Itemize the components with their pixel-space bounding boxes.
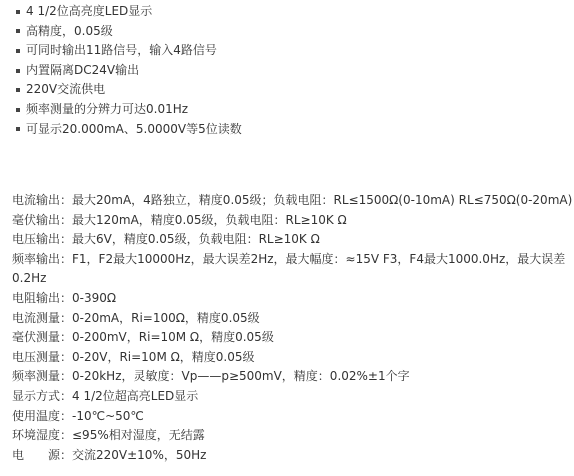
spec-display-mode: 显示方式：4 1/2位超高亮LED显示	[12, 387, 572, 407]
feature-text: 内置隔离DC24V输出	[26, 61, 139, 81]
feature-text: 高精度，0.05级	[26, 22, 113, 42]
bullet-icon	[16, 127, 20, 131]
spec-millivolt-measure: 毫伏测量：0-200mV，Ri=10M Ω，精度0.05级	[12, 328, 572, 348]
spec-operating-temp: 使用温度：-10℃~50℃	[12, 407, 572, 427]
spec-power: 电 源：交流220V±10%，50Hz	[12, 446, 572, 466]
bullet-icon	[16, 108, 20, 112]
bullet-icon	[16, 88, 20, 92]
bullet-icon	[16, 69, 20, 73]
feature-text: 可显示20.000mA、5.0000V等5位读数	[26, 120, 242, 140]
feature-text: 220V交流供电	[26, 80, 105, 100]
feature-item: 4 1/2位高亮度LED显示	[14, 2, 242, 22]
feature-text: 可同时输出11路信号，输入4路信号	[26, 41, 217, 61]
spec-current-measure: 电流测量：0-20mA，Ri=100Ω，精度0.05级	[12, 309, 572, 329]
feature-item: 高精度，0.05级	[14, 22, 242, 42]
spec-frequency-measure: 频率测量：0-20kHz，灵敏度：Vp——p≥500mV，精度：0.02%±1个…	[12, 367, 572, 387]
spec-current-output: 电流输出：最大20mA，4路独立，精度0.05级；负载电阻：RL≤1500Ω(0…	[12, 191, 572, 211]
feature-text: 4 1/2位高亮度LED显示	[26, 2, 152, 22]
spec-voltage-output: 电压输出：最大6V，精度0.05级，负载电阻：RL≥10K Ω	[12, 230, 572, 250]
spec-humidity: 环境湿度：≤95%相对湿度，无结露	[12, 426, 572, 446]
spec-frequency-output-cont: 0.2Hz	[12, 269, 572, 289]
spec-frequency-output: 频率输出：F1，F2最大10000Hz，最大误差2Hz，最大幅度：≈15V F3…	[12, 250, 572, 270]
bullet-icon	[16, 10, 20, 14]
bullet-icon	[16, 29, 20, 33]
spec-resistance-output: 电阻输出：0-390Ω	[12, 289, 572, 309]
spec-list: 电流输出：最大20mA，4路独立，精度0.05级；负载电阻：RL≤1500Ω(0…	[12, 191, 572, 465]
feature-item: 频率测量的分辨力可达0.01Hz	[14, 100, 242, 120]
feature-item: 内置隔离DC24V输出	[14, 61, 242, 81]
feature-item: 可显示20.000mA、5.0000V等5位读数	[14, 120, 242, 140]
spec-millivolt-output: 毫伏输出：最大120mA，精度0.05级，负载电阻：RL≥10K Ω	[12, 211, 572, 231]
feature-item: 可同时输出11路信号，输入4路信号	[14, 41, 242, 61]
feature-list: 4 1/2位高亮度LED显示 高精度，0.05级 可同时输出11路信号，输入4路…	[14, 2, 242, 139]
feature-text: 频率测量的分辨力可达0.01Hz	[26, 100, 188, 120]
bullet-icon	[16, 49, 20, 53]
spec-voltage-measure: 电压测量：0-20V，Ri=10M Ω，精度0.05级	[12, 348, 572, 368]
feature-item: 220V交流供电	[14, 80, 242, 100]
